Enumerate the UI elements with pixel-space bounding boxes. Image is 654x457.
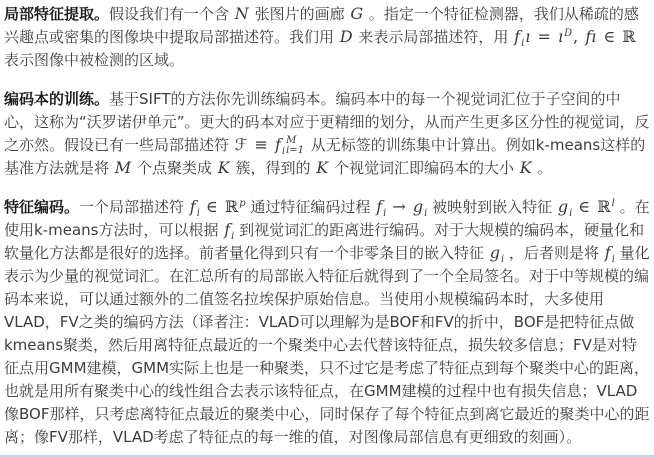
- math-superscript: l: [612, 198, 615, 209]
- text-run: 来表示局部描述符，用: [354, 28, 514, 46]
- math-subscript: i: [231, 231, 234, 242]
- math-symbol: →: [386, 197, 412, 216]
- math-symbol: fı: [584, 27, 597, 46]
- math-subscript: i: [282, 146, 285, 157]
- math-symbol: K: [217, 158, 231, 177]
- math-symbol: G: [349, 4, 364, 23]
- math-stacked-limits: Mi=1: [286, 136, 304, 156]
- text-run: 张图片的画廊: [250, 5, 350, 23]
- math-symbol: K: [315, 158, 329, 177]
- math-subscript: i: [521, 38, 524, 49]
- math-base: f: [223, 220, 231, 239]
- math-symbol: M: [114, 158, 132, 177]
- math-base: g: [412, 197, 424, 216]
- math-expression: fi: [189, 198, 200, 216]
- paragraph-codebook-training: 编码本的训练。基于SIFT的方法你先训练编码本。编码本中的每一个视觉词汇位于子空…: [4, 88, 650, 180]
- math-symbol: ≡: [248, 135, 274, 154]
- math-expression: fi: [513, 28, 524, 46]
- math-base: f: [513, 27, 521, 46]
- text-run: 量化表示为少量的视觉词汇。在汇总所有的局部嵌入特征后就得到了一个全局签名。对于中…: [4, 244, 650, 446]
- text-run: 假设我们有一个含: [109, 5, 234, 23]
- math-symbol: ℱ: [234, 135, 249, 154]
- math-expression: ℝp: [224, 198, 246, 216]
- math-base: g: [557, 197, 569, 216]
- math-expression: gi: [489, 244, 504, 262]
- text-run: 一个局部描述符: [79, 198, 189, 216]
- math-expression: fi: [223, 221, 234, 239]
- math-expression: gi: [557, 198, 572, 216]
- math-expression: fi: [274, 136, 285, 154]
- math-subscript: i: [501, 254, 504, 265]
- math-expression: fi: [375, 198, 386, 216]
- text-run: 簇，得到的: [231, 159, 316, 177]
- article-body: 局部特征提取。假设我们有一个含 N 张图片的画廊 G 。指定一个特征检测器，我们…: [0, 0, 654, 449]
- math-symbol: N: [234, 4, 250, 23]
- math-expression: fi: [604, 244, 615, 262]
- math-superscript: D: [564, 28, 572, 39]
- math-symbol: K: [519, 158, 533, 177]
- math-subscript: i: [612, 254, 615, 265]
- math-subscript: i: [197, 208, 200, 219]
- math-symbol: ,: [572, 27, 584, 46]
- text-run: 。: [533, 159, 553, 177]
- math-expression: ıD: [557, 28, 572, 46]
- text-run: 通过特征编码过程: [246, 198, 376, 216]
- math-superscript: p: [239, 198, 245, 209]
- paragraph-heading-feature-encoding: 特征编码。: [4, 198, 79, 216]
- text-run: ，后者则是将: [504, 244, 604, 262]
- stack-top: M: [286, 136, 304, 146]
- stack-bottom: i=1: [286, 146, 304, 156]
- math-symbol: D: [339, 27, 354, 46]
- paragraph-feature-encoding: 特征编码。一个局部描述符 fi ∈ ℝp 通过特征编码过程 fi → gi 被映…: [4, 196, 650, 449]
- paragraph-heading-codebook-training: 编码本的训练。: [4, 90, 109, 108]
- math-base: ℝ: [224, 197, 239, 216]
- math-base: f: [604, 243, 612, 262]
- math-expression: gi: [412, 198, 427, 216]
- math-subscript: i: [569, 208, 572, 219]
- math-subscript: i: [424, 208, 427, 219]
- math-symbol: ∈: [200, 197, 224, 216]
- math-expression: ℝl: [596, 198, 615, 216]
- math-base: ℝ: [596, 197, 611, 216]
- text-run: 被映射到嵌入特征: [427, 198, 557, 216]
- math-base: g: [489, 243, 501, 262]
- math-base: f: [274, 135, 282, 154]
- paragraph-local-feature-extraction: 局部特征提取。假设我们有一个含 N 张图片的画廊 G 。指定一个特征检测器，我们…: [4, 3, 650, 72]
- math-symbol: ℝ: [621, 27, 636, 46]
- math-base: f: [375, 197, 383, 216]
- text-run: 个点聚类成: [132, 159, 217, 177]
- math-subscript: i: [383, 208, 386, 219]
- paragraph-heading-local-feature-extraction: 局部特征提取。: [4, 5, 109, 23]
- math-base: f: [189, 197, 197, 216]
- math-symbol: =: [531, 27, 557, 46]
- math-symbol: ∈: [597, 27, 621, 46]
- text-run: 表示图像中被检测的区域。: [4, 51, 184, 69]
- math-symbol: ∈: [572, 197, 596, 216]
- text-run: 个视觉词汇即编码本的大小: [329, 159, 519, 177]
